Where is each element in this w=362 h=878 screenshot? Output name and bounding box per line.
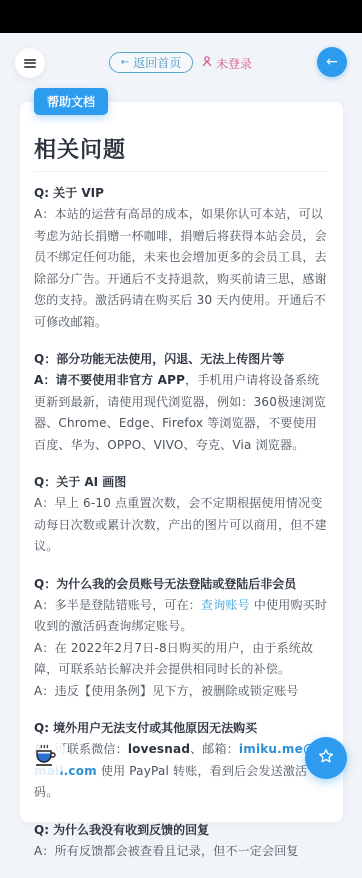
faq-answer: A：在 2022年2月7日-8日购买的用户，由于系统故障，可联系站长解决并会提供… bbox=[34, 638, 330, 681]
back-button[interactable]: ← bbox=[317, 47, 347, 77]
wechat-id: lovesnad bbox=[128, 742, 190, 756]
faq-answer-text: A：多半是登陆错账号，可在： bbox=[34, 598, 201, 612]
user-icon bbox=[202, 56, 212, 70]
faq-answer: A：多半是登陆错账号，可在：查询账号 中使用购买时收到的激活码查询绑定账号。 bbox=[34, 595, 330, 638]
faq-answer: A：本站的运营有高昂的成本，如果你认可本站，可以考虑为站长捐赠一杯咖啡，捐赠后将… bbox=[34, 204, 330, 333]
faq-question: Q: 境外用户无法支付或其他原因无法购买 bbox=[34, 718, 330, 739]
faq-answer-bold: A：请不要使用非官方 APP bbox=[34, 373, 185, 387]
login-status-label: 未登录 bbox=[216, 55, 252, 72]
help-docs-badge: 帮助文档 bbox=[34, 88, 108, 115]
home-button-label: 返回首页 bbox=[133, 54, 181, 71]
faq-answer: A：早上 6-10 点重置次数，会不定期根据使用情况变动每日次数或累计次数，产出… bbox=[34, 493, 330, 558]
faq-answer: A：违反【使用条例】见下方，被删除或锁定账号 bbox=[34, 681, 330, 703]
divider bbox=[34, 171, 328, 172]
home-button[interactable]: ← 返回首页 bbox=[109, 52, 193, 73]
arrow-left-icon: ← bbox=[121, 57, 129, 68]
donate-coffee-button[interactable] bbox=[23, 735, 67, 779]
header: ← 返回首页 未登录 ← bbox=[0, 33, 362, 93]
menu-button[interactable] bbox=[15, 48, 45, 78]
faq-item-vip: Q: 关于 VIP A：本站的运营有高昂的成本，如果你认可本站，可以考虑为站长捐… bbox=[34, 183, 330, 333]
menu-icon bbox=[24, 59, 36, 68]
faq-question: Q: 关于 VIP bbox=[34, 183, 330, 204]
faq-item-overseas: Q: 境外用户无法支付或其他原因无法购买 A：可联系微信：lovesnad、邮箱… bbox=[34, 718, 330, 800]
faq-question: Q：部分功能无法使用，闪退、无法上传图片等 bbox=[34, 349, 330, 370]
section-title: 相关问题 bbox=[34, 133, 126, 164]
coffee-cup-icon bbox=[33, 743, 57, 771]
faq-question: Q：为什么我的会员账号无法登陆或登陆后非会员 bbox=[34, 574, 330, 595]
faq-item-login: Q：为什么我的会员账号无法登陆或登陆后非会员 A：多半是登陆错账号，可在：查询账… bbox=[34, 574, 330, 703]
faq-question: Q：关于 AI 画图 bbox=[34, 472, 330, 493]
faq-answer: A：可联系微信：lovesnad、邮箱：imiku.me@gmail.com 使… bbox=[34, 739, 330, 800]
faq-answer: A：请不要使用非官方 APP，手机用户请将设备系统更新到最新，请使用现代浏览器，… bbox=[34, 370, 330, 456]
faq-item-ai: Q：关于 AI 画图 A：早上 6-10 点重置次数，会不定期根据使用情况变动每… bbox=[34, 472, 330, 558]
faq-item-compat: Q：部分功能无法使用，闪退、无法上传图片等 A：请不要使用非官方 APP，手机用… bbox=[34, 349, 330, 456]
favorite-button[interactable] bbox=[305, 737, 347, 779]
query-account-link[interactable]: 查询账号 bbox=[201, 598, 250, 612]
faq-answer-text: 、邮箱： bbox=[190, 742, 239, 756]
arrow-left-icon: ← bbox=[326, 54, 338, 70]
star-icon bbox=[318, 748, 334, 768]
status-bar-overlay bbox=[0, 0, 362, 33]
faq-list: Q: 关于 VIP A：本站的运营有高昂的成本，如果你认可本站，可以考虑为站长捐… bbox=[34, 183, 330, 800]
login-status[interactable]: 未登录 bbox=[202, 53, 252, 73]
